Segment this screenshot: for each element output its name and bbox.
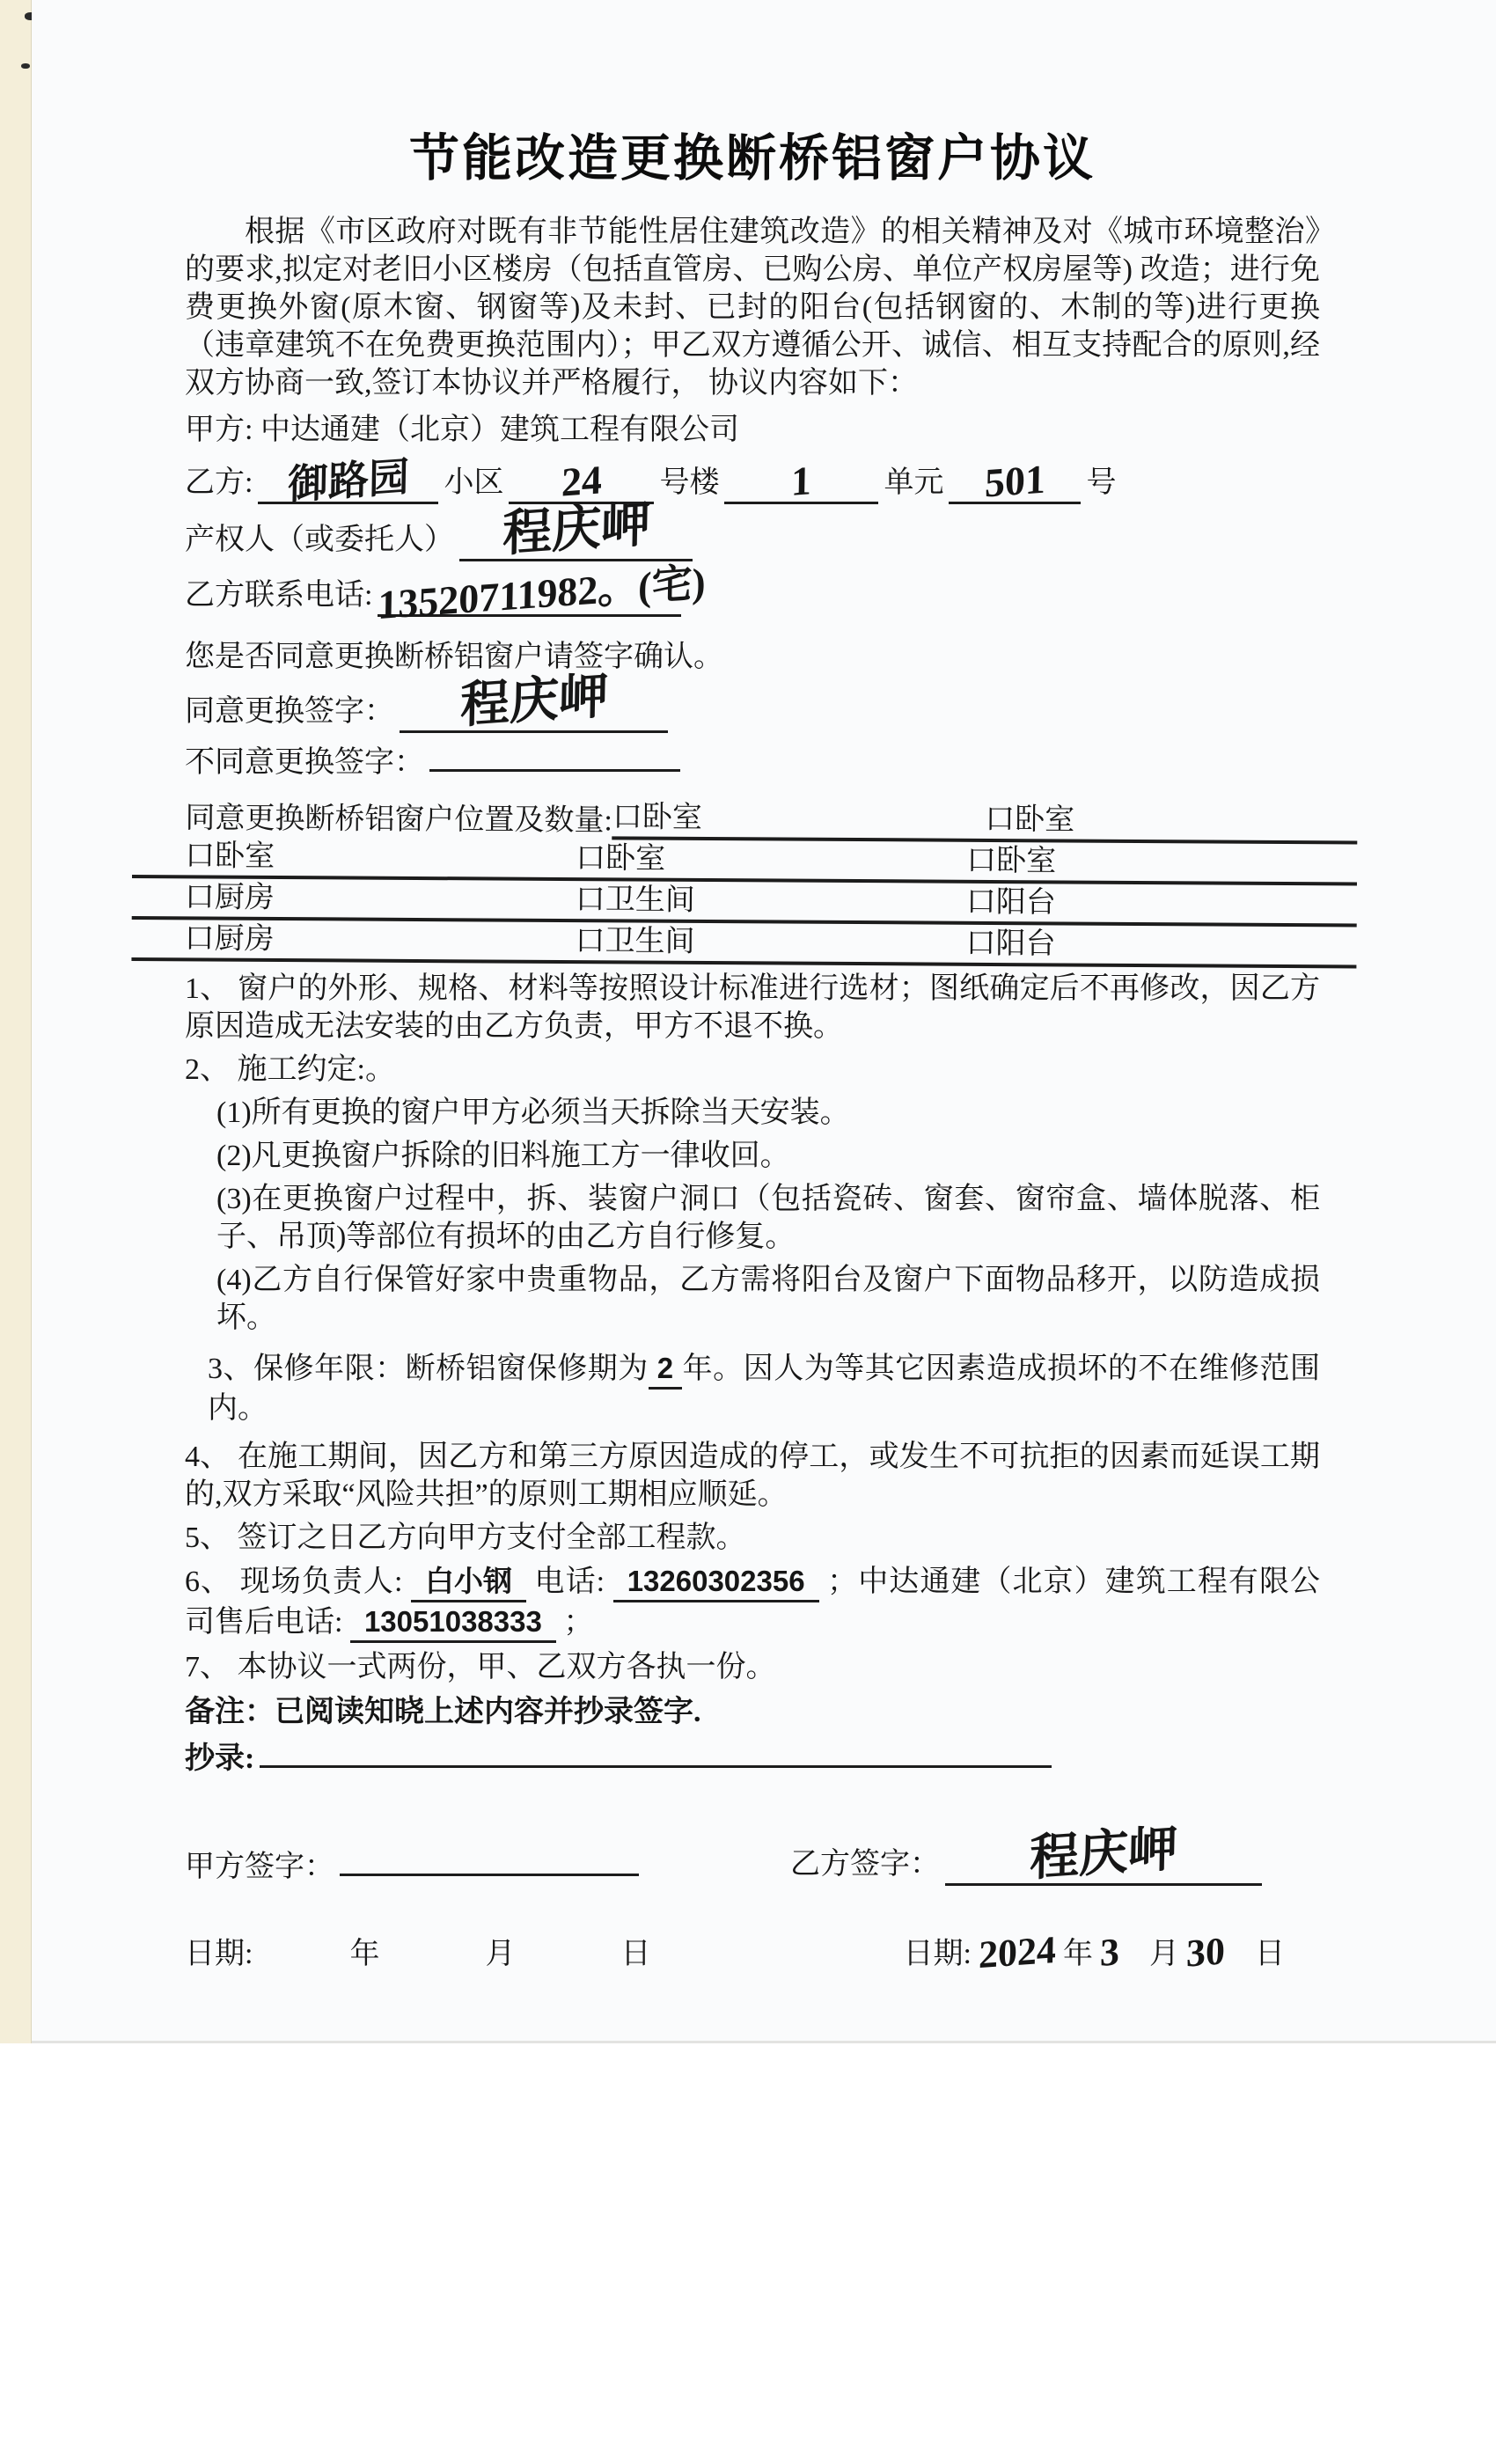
location-cell: 口厨房 bbox=[131, 920, 575, 960]
disagree-sign-line: 不同意更换签字： bbox=[185, 744, 1320, 781]
party-a-value: 中达通建（北京）建筑工程有限公司 bbox=[260, 414, 739, 446]
clause-4: 4、 在施工期间，因乙方和第三方原因造成的停工，或发生不可抗拒的因素而延误工期的… bbox=[185, 1438, 1320, 1514]
locations-header-row: 同意更换断桥铝窗户位置及数量: 口卧室 口卧室 bbox=[132, 796, 1357, 845]
party-b-signature-group: 乙方签字：程庆岬 bbox=[790, 1839, 1267, 1886]
clause-2-item-1: (1)所有更换的窗户甲方必须当天拆除当天安装。 bbox=[185, 1094, 1320, 1132]
clause-7: 7、 本协议一式两份，甲、乙双方各执一份。 bbox=[185, 1648, 1320, 1686]
remark-label: 备注： bbox=[185, 1696, 275, 1728]
owner-signature-field: 程庆岬 bbox=[459, 515, 693, 561]
clause-2: 2、 施工约定:。 bbox=[185, 1051, 1320, 1089]
clause-2-item-4: (4)乙方自行保管好家中贵重物品，乙方需将阳台及窗户下面物品移开，以防造成损坏。 bbox=[185, 1261, 1320, 1337]
party-b-room-handwriting: 501 bbox=[985, 459, 1046, 502]
location-cell: 口卧室 bbox=[985, 800, 1358, 840]
date-b-year-label: 年 bbox=[1063, 1938, 1093, 1970]
confirm-prompt: 您是否同意更换断桥铝窗户请签字确认。 bbox=[185, 638, 1320, 676]
date-a-month-label: 月 bbox=[485, 1938, 515, 1970]
agreement-content: 节能改造更换断桥铝窗户协议 根据《市区政府对既有非节能性居住建筑改造》的相关精神… bbox=[32, 0, 1496, 1973]
locations-table: 同意更换断桥铝窗户位置及数量: 口卧室 口卧室 口卧室 口卧室 口卧室 口厨房 … bbox=[131, 796, 1357, 968]
clause-6-label: 6、 现场负责人: bbox=[185, 1566, 402, 1598]
phone-field: 13520711982。(宅) bbox=[378, 572, 681, 617]
location-cell: 口卧室 bbox=[612, 798, 986, 839]
location-cell: 口厨房 bbox=[132, 878, 576, 919]
phone-handwriting: 13520711982。(宅) bbox=[378, 562, 707, 623]
aftersales-phone: 13051038333 bbox=[350, 1602, 556, 1643]
site-manager-phone: 13260302356 bbox=[613, 1562, 819, 1602]
agree-sign-label: 同意更换签字： bbox=[185, 695, 394, 728]
location-cell: 口卧室 bbox=[132, 837, 576, 877]
signature-row: 甲方签字： 乙方签字：程庆岬 bbox=[185, 1839, 1320, 1886]
locations-label: 同意更换断桥铝窗户位置及数量: bbox=[132, 799, 612, 840]
location-cell: 口卫生间 bbox=[576, 881, 966, 921]
clause-3-prefix: 3、保修年限：断桥铝窗保修期为 bbox=[208, 1353, 649, 1385]
party-b-label: 乙方: bbox=[185, 466, 253, 499]
owner-label: 产权人（或委托人） bbox=[185, 524, 454, 556]
party-a-date-group: 日期:年月日 bbox=[185, 1935, 650, 1973]
owner-signature-handwriting: 程庆岬 bbox=[502, 506, 649, 554]
copy-label: 抄录: bbox=[185, 1742, 254, 1775]
disagree-sign-label: 不同意更换签字： bbox=[185, 746, 424, 779]
party-b-building-handwriting: 24 bbox=[561, 460, 603, 501]
clause-2-item-2: (2)凡更换窗户拆除的旧料施工方一律收回。 bbox=[185, 1137, 1320, 1175]
party-b-signature-handwriting: 程庆岬 bbox=[1030, 1830, 1177, 1879]
date-a-day-label: 日 bbox=[620, 1938, 650, 1970]
party-b-building-suffix: 号楼 bbox=[659, 466, 719, 499]
party-b-sign-label: 乙方签字： bbox=[790, 1848, 940, 1881]
party-a-label: 甲方: bbox=[185, 414, 260, 446]
party-a-sign-label: 甲方签字： bbox=[185, 1851, 334, 1883]
remark-text: 已阅读知晓上述内容并抄录签字. bbox=[275, 1696, 701, 1728]
clause-5: 5、 签订之日乙方向甲方支付全部工程款。 bbox=[185, 1519, 1320, 1557]
party-b-room-suffix: 号 bbox=[1086, 466, 1116, 499]
party-b-date-group: 日期:2024年3月30日 bbox=[904, 1932, 1285, 1973]
party-b-community-suffix: 小区 bbox=[444, 466, 503, 499]
agree-signature-field: 程庆岬 bbox=[400, 686, 668, 733]
phone-label: 乙方联系电话: bbox=[185, 579, 372, 612]
copy-line: 抄录: bbox=[185, 1740, 1320, 1778]
locations-row: 口厨房 口卫生间 口阳台 bbox=[131, 920, 1356, 969]
owner-line: 产权人（或委托人）程庆岬 bbox=[185, 515, 1320, 561]
clause-6: 6、 现场负责人: 白小钢 电话: 13260302356 ；中达通建（北京）建… bbox=[185, 1562, 1320, 1643]
clause-1: 1、 窗户的外形、规格、材料等按照设计标准进行选材；图纸确定后不再修改，因乙方原… bbox=[185, 970, 1320, 1045]
page-left-edge bbox=[0, 0, 32, 2043]
party-b-community-handwriting: 御路园 bbox=[288, 458, 409, 504]
clause-3: 3、保修年限：断桥铝窗保修期为2年。因人为等其它因素造成损坏的不在维修范围内。 bbox=[185, 1349, 1320, 1427]
party-b-room-field: 501 bbox=[949, 459, 1081, 504]
date-b-month-handwriting: 3 bbox=[1100, 1932, 1120, 1972]
date-b-label: 日期: bbox=[904, 1938, 972, 1970]
date-b-month-label: 月 bbox=[1149, 1938, 1179, 1970]
location-cell: 口阳台 bbox=[965, 924, 1356, 964]
date-b-day-handwriting: 30 bbox=[1186, 1932, 1226, 1972]
clause-6-phone-label: 电话: bbox=[535, 1566, 605, 1598]
warranty-years-value: 2 bbox=[649, 1349, 682, 1390]
party-b-line: 乙方:御路园小区24号楼1单元501号 bbox=[185, 459, 1320, 504]
party-b-building-field: 24 bbox=[509, 459, 654, 504]
scan-speck bbox=[21, 63, 30, 69]
location-cell: 口卫生间 bbox=[575, 922, 965, 963]
location-cell: 口卧室 bbox=[576, 840, 966, 880]
copy-field bbox=[260, 1765, 1052, 1768]
agree-signature-handwriting: 程庆岬 bbox=[459, 678, 607, 726]
party-b-unit-field: 1 bbox=[724, 459, 878, 504]
clause-6-end: ； bbox=[563, 1606, 593, 1639]
disagree-signature-field bbox=[429, 769, 680, 772]
date-a-label: 日期: bbox=[185, 1938, 253, 1970]
locations-row: 口卧室 口卧室 口卧室 bbox=[132, 837, 1357, 886]
party-a-line: 甲方: 中达通建（北京）建筑工程有限公司 bbox=[185, 411, 1320, 449]
locations-row: 口厨房 口卫生间 口阳台 bbox=[132, 878, 1357, 928]
site-manager-name: 白小钢 bbox=[411, 1562, 526, 1602]
date-b-year-handwriting: 2024 bbox=[979, 1930, 1057, 1973]
remark-line: 备注：已阅读知晓上述内容并抄录签字. bbox=[185, 1693, 1320, 1731]
agree-sign-line: 同意更换签字：程庆岬 bbox=[185, 686, 1320, 733]
party-a-signature-group: 甲方签字： bbox=[185, 1848, 644, 1886]
party-b-unit-suffix: 单元 bbox=[884, 466, 943, 499]
party-b-signature-field: 程庆岬 bbox=[945, 1839, 1262, 1886]
phone-line: 乙方联系电话:13520711982。(宅) bbox=[185, 572, 1320, 617]
location-cell: 口阳台 bbox=[966, 883, 1357, 923]
date-a-year-label: 年 bbox=[349, 1938, 379, 1970]
date-b-day-label: 日 bbox=[1255, 1938, 1285, 1970]
clause-2-item-3: (3)在更换窗户过程中，拆、装窗户洞口（包括瓷砖、窗套、窗帘盒、墙体脱落、柜子、… bbox=[185, 1180, 1320, 1256]
intro-paragraph: 根据《市区政府对既有非节能性居住建筑改造》的相关精神及对《城市环境整治》的要求,… bbox=[185, 213, 1320, 402]
document-title: 节能改造更换断桥铝窗户协议 bbox=[185, 130, 1320, 188]
locations-header-cells: 口卧室 口卧室 bbox=[612, 798, 1358, 844]
party-a-signature-field bbox=[340, 1874, 639, 1876]
party-b-community-field: 御路园 bbox=[258, 459, 438, 504]
party-b-unit-handwriting: 1 bbox=[791, 461, 812, 501]
agreement-page: 节能改造更换断桥铝窗户协议 根据《市区政府对既有非节能性居住建筑改造》的相关精神… bbox=[32, 0, 1496, 2043]
location-cell: 口卧室 bbox=[966, 841, 1357, 882]
scanned-document: 节能改造更换断桥铝窗户协议 根据《市区政府对既有非节能性居住建筑改造》的相关精神… bbox=[0, 0, 1496, 2464]
date-row: 日期:年月日 日期:2024年3月30日 bbox=[185, 1932, 1320, 1973]
